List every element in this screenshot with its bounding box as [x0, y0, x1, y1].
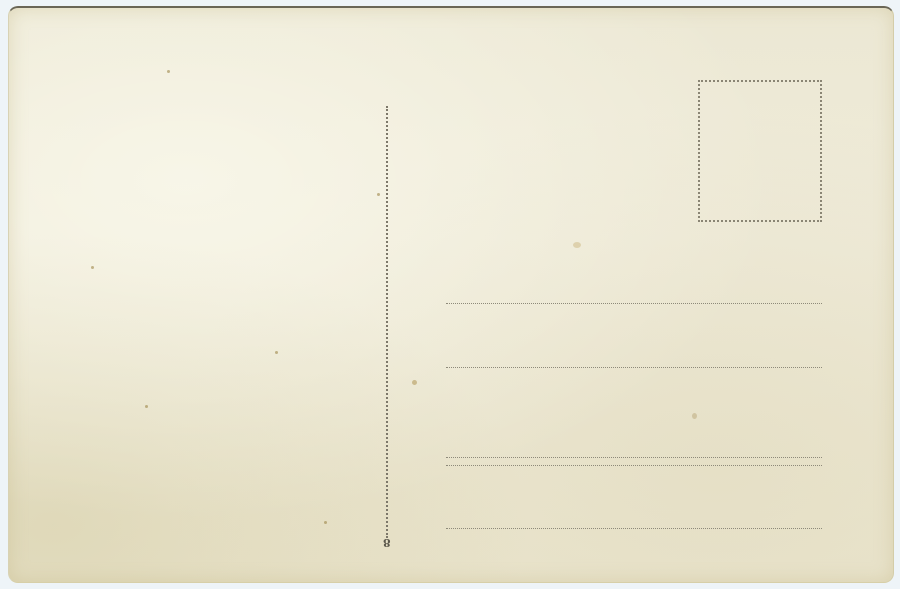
center-divider-dotted-line: [386, 106, 388, 538]
foxing-spot: [692, 413, 697, 419]
foxing-spot: [91, 266, 94, 269]
foxing-spot: [573, 242, 581, 248]
address-line-3: [446, 457, 822, 458]
address-line-3b: [446, 465, 822, 466]
address-line-1: [446, 303, 822, 304]
foxing-spot: [412, 380, 417, 385]
foxing-spot: [377, 193, 380, 196]
address-line-2: [446, 367, 822, 368]
foxing-spot: [145, 405, 148, 408]
foxing-spot: [275, 351, 278, 354]
foxing-spot: [167, 70, 170, 73]
postcard-back: 8: [8, 6, 894, 583]
stamp-placement-box: [698, 80, 822, 222]
address-line-4: [446, 528, 822, 529]
foxing-spot: [324, 521, 327, 524]
printer-mark: 8: [383, 536, 391, 549]
